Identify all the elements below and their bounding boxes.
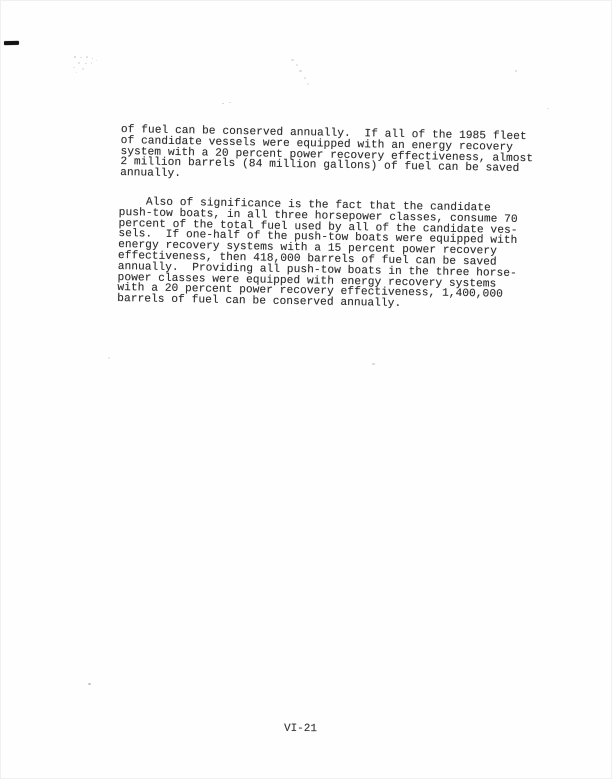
scan-speck <box>85 63 87 64</box>
scan-speck <box>92 58 93 59</box>
scanned-document-page: of fuel can be conserved annually. If al… <box>0 0 612 779</box>
scan-speck <box>547 108 549 109</box>
scan-speck <box>515 70 517 72</box>
scan-speck <box>229 102 231 103</box>
scan-speck <box>307 83 309 85</box>
body-paragraph-2: Also of significance is the fact that th… <box>117 197 518 312</box>
scan-speck <box>304 77 306 79</box>
scan-speck <box>108 357 110 359</box>
scan-speck <box>82 68 84 70</box>
scan-corner-mark <box>4 41 19 45</box>
scan-speck <box>80 57 82 58</box>
scan-speck <box>91 62 92 64</box>
scan-speck <box>96 60 97 61</box>
scan-speck <box>78 62 80 64</box>
scan-speck <box>73 67 75 68</box>
scan-speck <box>76 72 77 73</box>
scan-speck <box>86 56 88 58</box>
scan-speck <box>74 56 76 58</box>
scan-speck <box>372 363 375 365</box>
scan-speck <box>291 59 294 61</box>
scan-speck <box>296 64 298 66</box>
scan-speck <box>88 683 91 685</box>
page-number: VI-21 <box>284 723 317 735</box>
scan-speck <box>222 103 224 104</box>
scan-speck <box>299 70 302 72</box>
body-paragraph-1: of fuel can be conserved annually. If al… <box>120 125 533 186</box>
